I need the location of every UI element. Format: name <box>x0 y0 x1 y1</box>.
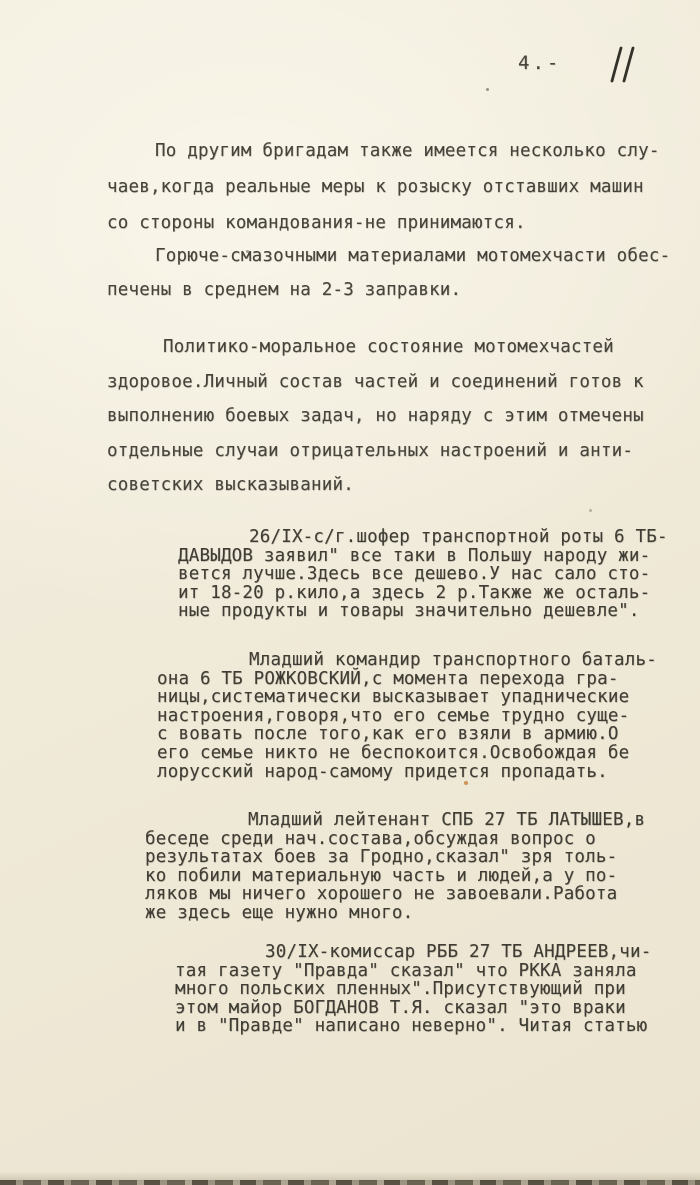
excerpt-davydov: 26/IX-с/г.шофер транспортной роты 6 ТБ- … <box>178 528 700 621</box>
scanned-document-page: 4.- 11 По другим бригадам также имеется … <box>0 0 700 1185</box>
handwritten-page-number: 11 <box>598 44 642 86</box>
handwritten-strokes-icon <box>598 44 642 86</box>
paragraph-political-morale: Политико-моральное состояние мотомехчаст… <box>107 330 677 503</box>
paragraph-stray-vehicles: По другим бригадам также имеется несколь… <box>107 133 677 241</box>
paper-speck <box>589 509 592 512</box>
excerpt-andreev: 30/IX-комиссар РББ 27 ТБ АНДРЕЕВ,чи- тая… <box>175 943 700 1036</box>
handwritten-page-number-value: 11 <box>642 44 643 45</box>
paper-speck <box>486 88 489 91</box>
paper-speck <box>464 781 468 785</box>
typed-page-number: 4.- <box>518 52 561 74</box>
excerpt-latyshev: Младший лейтенант СПБ 27 ТБ ЛАТЫШЕВ,в бе… <box>145 811 685 923</box>
paper-speck <box>246 250 249 253</box>
paragraph-fuel-supplies: Горюче-смазочными материалами мотомехчас… <box>107 239 677 307</box>
excerpt-rozhkovsky: Младший командир транспортного баталь- о… <box>157 651 697 781</box>
scan-bottom-edge <box>0 1180 700 1185</box>
